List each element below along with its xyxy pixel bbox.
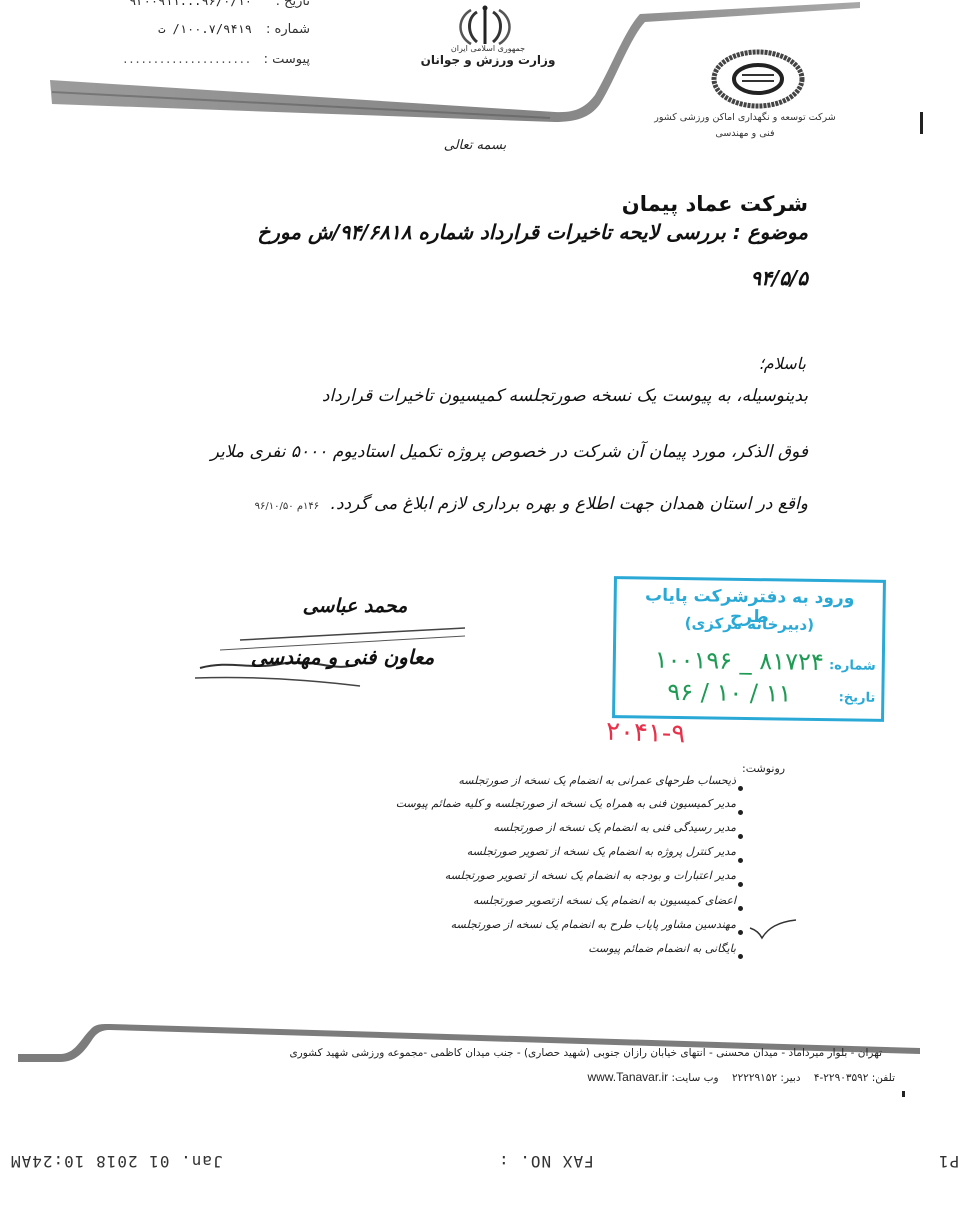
subject-line1: موضوع : بررسی لایحه تاخیرات قرارداد شمار… bbox=[128, 214, 808, 250]
ministry-name: وزارت ورزش و جوانان bbox=[418, 53, 558, 67]
emblem-subtitle: جمهوری اسلامی ایران bbox=[418, 44, 558, 53]
cc-item: مدیر رسیدگی فنی به انضمام یک نسخه از صور… bbox=[493, 821, 736, 834]
number-field: شماره : ۱۰۰.۷/۹۴۱۹/ ت bbox=[60, 22, 310, 37]
cc-item: مدیر کنترل پروژه به انضمام یک نسخه از تص… bbox=[467, 845, 736, 858]
bullet-icon bbox=[738, 858, 743, 863]
stamp-date-value: ۹۶ / ۱۰ / ۱۱ bbox=[667, 678, 791, 708]
company-name: شرکت توسعه و نگهداری اماکن ورزشی کشور فن… bbox=[640, 110, 850, 142]
date-label: تاریخ : bbox=[260, 0, 310, 9]
bullet-icon bbox=[738, 786, 743, 791]
cc-item: مهندسین مشاور پایاب طرح به انضمام یک نسخ… bbox=[451, 918, 736, 931]
attachment-field: پیوست : ..................... bbox=[60, 52, 310, 67]
company-name-line1: شرکت توسعه و نگهداری اماکن ورزشی کشور bbox=[640, 110, 850, 126]
body-line-2: فوق الذکر، مورد پیمان آن شرکت در خصوص پر… bbox=[211, 442, 808, 462]
signatory-name: محمد عباسی bbox=[280, 595, 430, 617]
margin-mark bbox=[902, 1091, 905, 1097]
recipient: شرکت عماد پیمان bbox=[622, 192, 808, 216]
ministry-block: جمهوری اسلامی ایران وزارت ورزش و جوانان bbox=[418, 44, 558, 67]
footer-website-label: وب سایت: bbox=[672, 1072, 719, 1084]
footer-swoosh-band bbox=[0, 1020, 958, 1070]
body-line-1: بدینوسیله، به پیوست یک نسخه صورتجلسه کمی… bbox=[322, 386, 808, 406]
bullet-icon bbox=[738, 834, 743, 839]
fax-number-label: FAX NO. : bbox=[498, 1152, 594, 1171]
received-stamp: ورود به دفترشرکت پایاب طرح (دبیرخانه مرک… bbox=[612, 576, 886, 722]
bullet-icon bbox=[738, 954, 743, 959]
date-field: تاریخ : ۹۶/۰/۱۰...۹۲۰۰۹۱۱ bbox=[60, 0, 310, 9]
fax-datetime: Jan. 01 2018 10:24AM bbox=[10, 1152, 223, 1171]
stamp-number-value: ۱۰۰۱۹۶ _ ۸۱۷۲۴ bbox=[655, 646, 824, 676]
date-value: ۹۶/۰/۱۰...۹۲۰۰۹۱۱ bbox=[60, 0, 252, 9]
stamp-subtitle: (دبیرخانه مرکزی) bbox=[624, 613, 874, 634]
subject-line2: ۹۴/۵/۵ bbox=[128, 260, 808, 296]
footer-fax: دبیر: ۲۲۲۲۹۱۵۲ bbox=[732, 1072, 801, 1084]
footer-phone: تلفن: ۲۲۹۰۳۵۹۲-۴ bbox=[814, 1072, 895, 1084]
body-line-3-text: واقع در استان همدان جهت اطلاع و بهره برد… bbox=[331, 494, 808, 514]
cc-item: مدیر کمیسیون فنی به همراه یک نسخه از صور… bbox=[396, 797, 736, 810]
bismillah: بسمه تعالی bbox=[430, 138, 520, 153]
attachment-label: پیوست : bbox=[260, 52, 310, 67]
attachment-value: ..................... bbox=[60, 52, 252, 67]
cc-item: بایگانی به انضمام ضمائم پیوست bbox=[588, 942, 736, 955]
footer-contact: تلفن: ۲۲۹۰۳۵۹۲-۴ دبیر: ۲۲۲۲۹۱۵۲ وب سایت:… bbox=[305, 1070, 895, 1084]
cc-heading: رونوشت: bbox=[742, 762, 785, 775]
bullet-icon bbox=[738, 906, 743, 911]
company-logo-icon bbox=[708, 48, 808, 110]
iran-emblem-icon bbox=[455, 4, 515, 48]
subject: موضوع : بررسی لایحه تاخیرات قرارداد شمار… bbox=[128, 214, 808, 296]
greeting: باسلام؛ bbox=[759, 354, 806, 373]
red-handwritten-number: ۲۰۴۱-۹ bbox=[606, 717, 686, 750]
number-value: ۱۰۰.۷/۹۴۱۹/ ت bbox=[60, 22, 252, 37]
stamp-number-label: شماره: bbox=[829, 658, 876, 674]
bullet-icon bbox=[738, 882, 743, 887]
cc-item: مدیر اعتبارات و بودجه به انضمام یک نسخه … bbox=[445, 869, 736, 882]
margin-mark bbox=[920, 112, 923, 134]
company-name-line2: فنی و مهندسی bbox=[640, 126, 850, 142]
stamp-date-label: تاریخ: bbox=[839, 690, 876, 706]
footer-address: تهران - بلوار میرداماد - میدان محسنی - ا… bbox=[289, 1047, 882, 1059]
footer-website: www.Tanavar.ir bbox=[587, 1070, 668, 1084]
cc-item: اعضای کمیسیون به انضمام یک نسخه ازتصویر … bbox=[473, 894, 736, 907]
bullet-icon bbox=[738, 930, 743, 935]
bullet-icon bbox=[738, 810, 743, 815]
body-line-3: واقع در استان همدان جهت اطلاع و بهره برد… bbox=[255, 494, 808, 514]
fax-page: P1 bbox=[938, 1152, 958, 1171]
cc-item: ذیحساب طرحهای عمرانی به انضمام یک نسخه ا… bbox=[458, 774, 736, 787]
checkmark-icon bbox=[748, 918, 798, 940]
number-label: شماره : bbox=[260, 22, 310, 37]
signatory-title: معاون فنی و مهندسی bbox=[230, 645, 455, 669]
handwritten-note: ۱۴۶م ۹۶/۱۰/۵۰ bbox=[255, 501, 319, 512]
